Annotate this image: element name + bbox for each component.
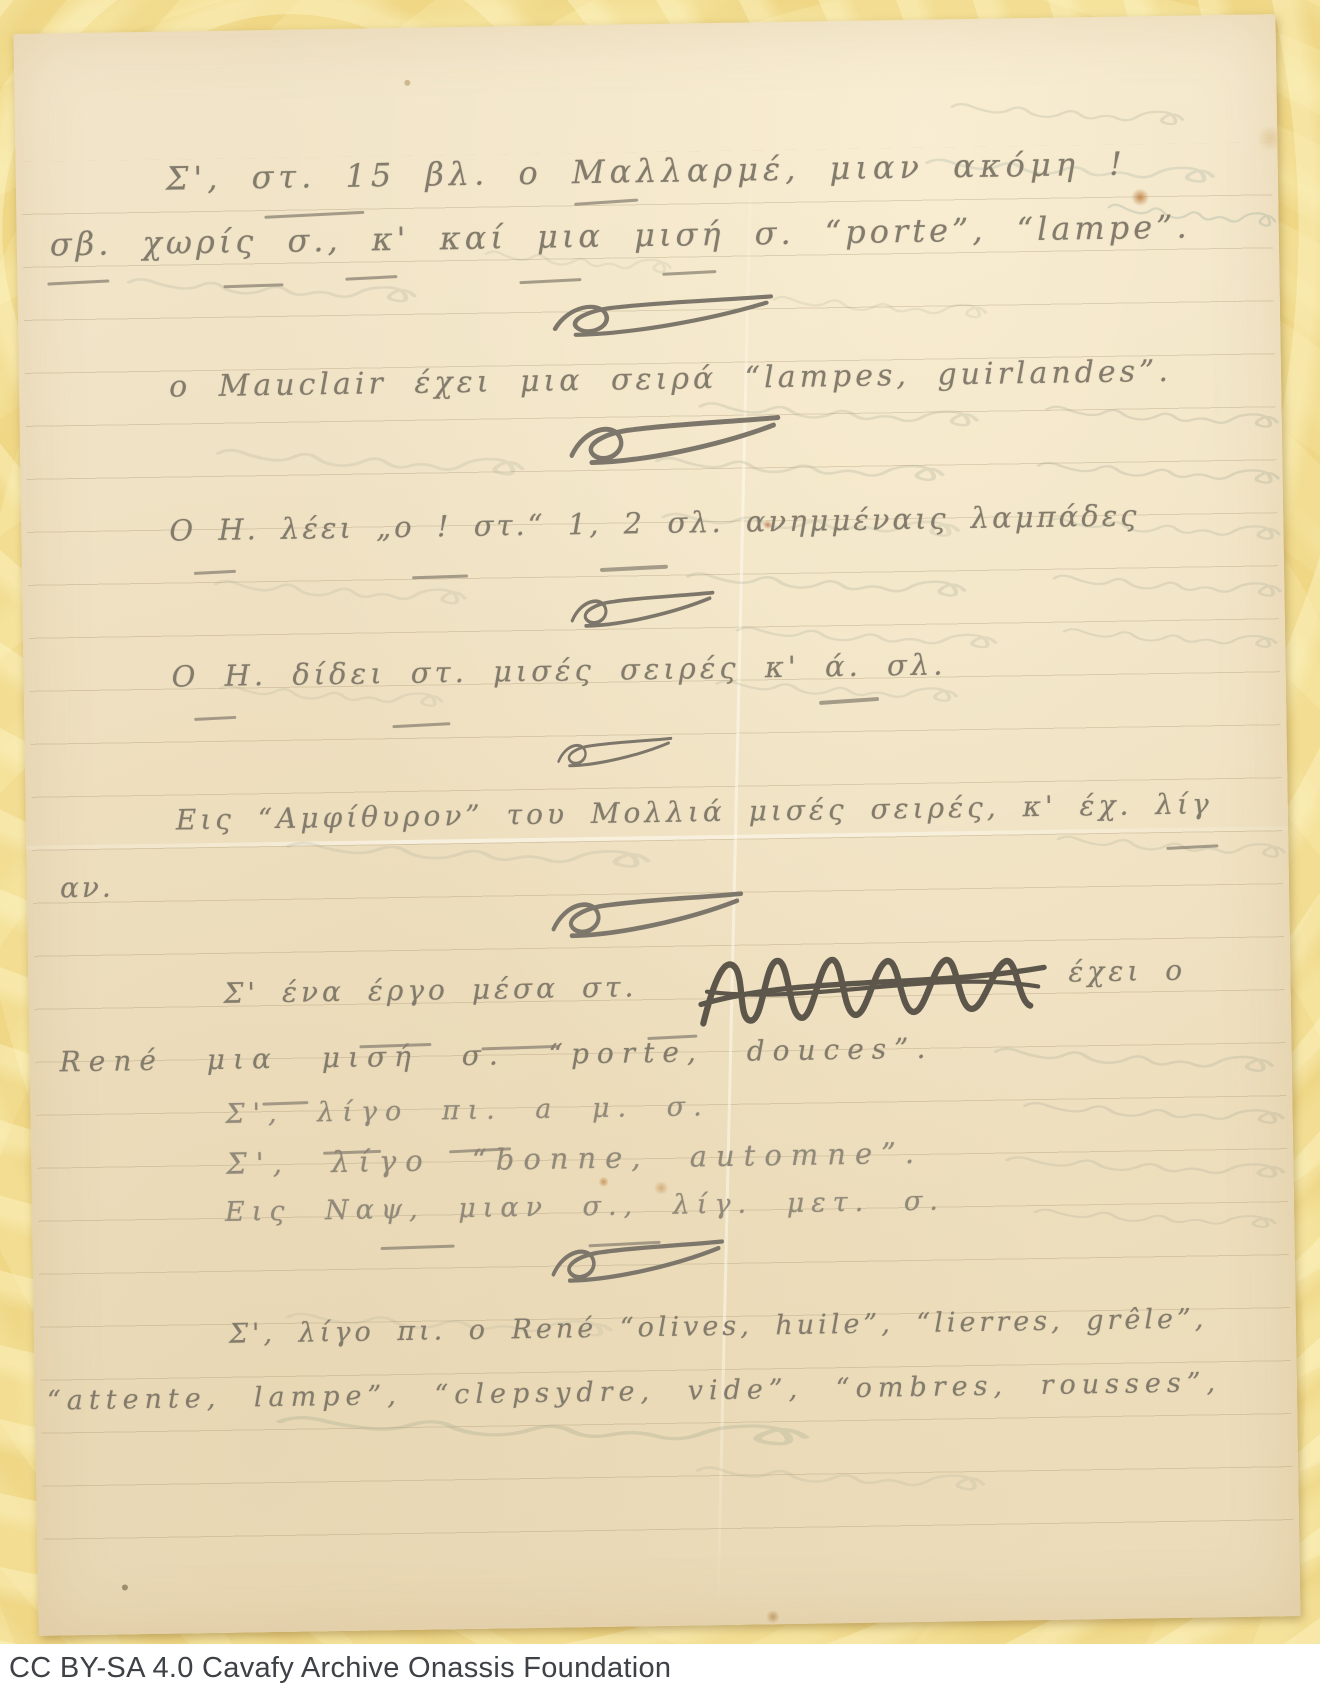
- ink-bleedthrough: [472, 256, 672, 277]
- scanned-document-view: Σ', στ. 15 βλ. ο Μαλλαρμέ, μιαν ακόμη ! …: [0, 0, 1320, 1693]
- manuscript-page: Σ', στ. 15 βλ. ο Μαλλαρμέ, μιαν ακόμη ! …: [13, 14, 1300, 1636]
- section-divider-squiggle: [555, 734, 676, 774]
- license-bar: CC BY-SA 4.0 Cavafy Archive Onassis Foun…: [0, 1644, 1320, 1693]
- handwriting-line: Σ' ένα έργο μέσα στ.: [223, 970, 637, 1009]
- scan-backing: Σ', στ. 15 βλ. ο Μαλλαρμέ, μιαν ακόμη ! …: [0, 0, 1320, 1644]
- paper-stain: [122, 1584, 128, 1590]
- section-divider-squiggle: [547, 1235, 728, 1292]
- handwriting-line: αν.: [60, 871, 114, 905]
- handwriting-line: έχει ο: [1068, 954, 1186, 989]
- paper-stain: [1255, 126, 1285, 150]
- ink-bleedthrough: [197, 585, 467, 609]
- section-divider-squiggle: [567, 587, 718, 635]
- ink-bleedthrough: [1041, 840, 1286, 862]
- section-divider-squiggle: [565, 410, 786, 475]
- ink-bleedthrough: [1037, 579, 1282, 601]
- ink-bleedthrough: [935, 108, 1185, 130]
- section-divider-squiggle: [547, 887, 748, 948]
- ink-bleedthrough: [204, 689, 444, 711]
- ink-bleedthrough: [758, 301, 988, 323]
- paper-stain: [404, 80, 410, 86]
- section-divider-squiggle: [548, 290, 779, 346]
- paper-stain: [599, 1177, 609, 1187]
- license-text: CC BY-SA 4.0 Cavafy Archive Onassis Foun…: [9, 1652, 671, 1685]
- scribbled-out-word: [696, 940, 1049, 1041]
- paper-stain: [766, 1610, 779, 1623]
